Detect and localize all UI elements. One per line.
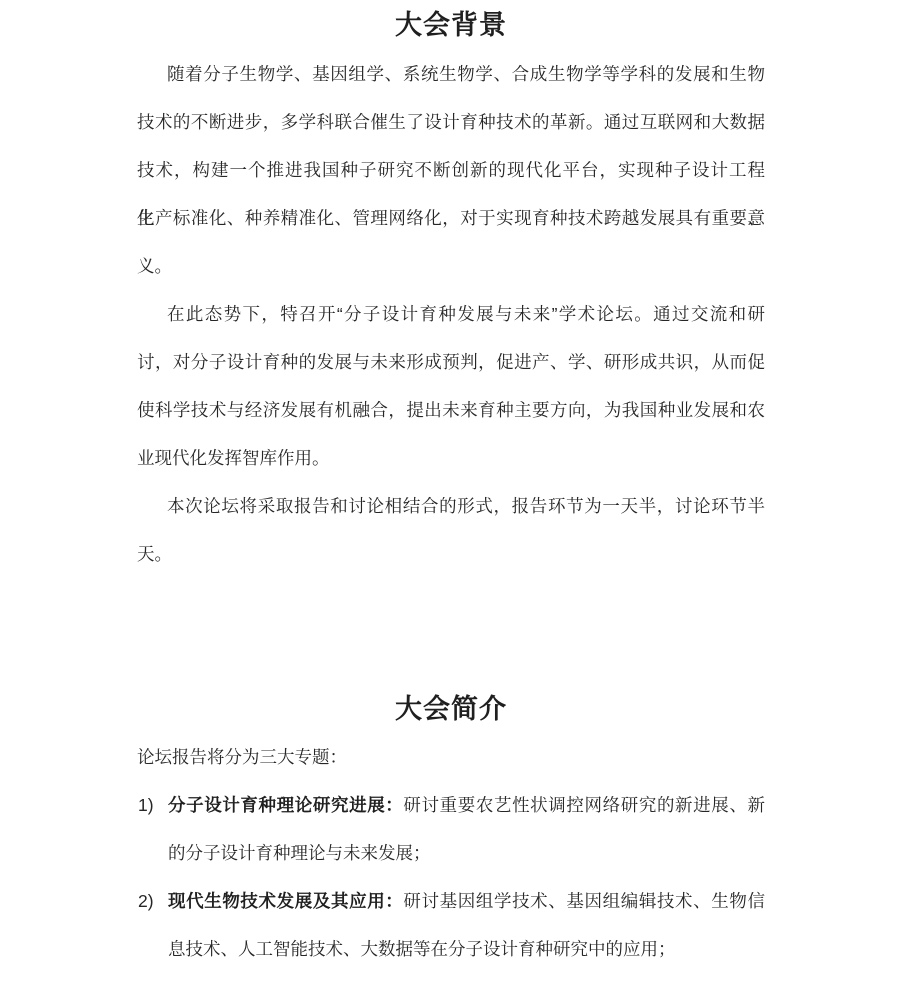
paragraph-line: 技术，构建一个推进我国种子研究不断创新的现代化平台，实现种子设计工程化、 (137, 146, 765, 194)
list-item-text: 研讨基因组学技术、基因组编辑技术、生物信 (403, 891, 765, 911)
list-item-line: 1)分子设计育种理论研究进展：研讨重要农艺性状调控网络研究的新进展、新 (137, 781, 765, 829)
paragraph-line: 随着分子生物学、基因组学、系统生物学、合成生物学等学科的发展和生物 (137, 50, 765, 98)
paragraph-line: 本次论坛将采取报告和讨论相结合的形式，报告环节为一天半，讨论环节半 (137, 482, 765, 530)
list-item-number: 1) (138, 781, 154, 829)
paragraph-line: 天。 (137, 530, 765, 578)
section-title-intro: 大会简介 (137, 685, 765, 733)
list-item-text: 研讨重要农艺性状调控网络研究的新进展、新 (403, 795, 765, 815)
paragraph-line: 技术的不断进步，多学科联合催生了设计育种技术的革新。通过互联网和大数据 (137, 98, 765, 146)
list-item-topic: 分子设计育种理论研究进展： (168, 795, 403, 815)
paragraph-line: 在此态势下，特召开“分子设计育种发展与未来”学术论坛。通过交流和研 (137, 290, 765, 338)
paragraph-line: 使科学技术与经济发展有机融合，提出未来育种主要方向，为我国种业发展和农 (137, 386, 765, 434)
paragraph-line: 业现代化发挥智库作用。 (137, 434, 765, 482)
list-item-line: 息技术、人工智能技术、大数据等在分子设计育种研究中的应用； (137, 925, 765, 973)
list-item-text: 息技术、人工智能技术、大数据等在分子设计育种研究中的应用； (168, 939, 676, 959)
intro-lead-line: 论坛报告将分为三大专题： (137, 733, 765, 781)
paragraph-line: 义。 (137, 242, 765, 290)
list-item-text: 的分子设计育种理论与未来发展； (168, 843, 431, 863)
paragraph-line: 生产标准化、种养精准化、管理网络化，对于实现育种技术跨越发展具有重要意 (137, 194, 765, 242)
section-title-background: 大会背景 (137, 0, 765, 50)
list-item-topic: 现代生物技术发展及其应用： (168, 891, 403, 911)
list-item-number: 2) (138, 877, 154, 925)
document-page: 大会背景 随着分子生物学、基因组学、系统生物学、合成生物学等学科的发展和生物 技… (137, 0, 765, 973)
list-item-line: 2)现代生物技术发展及其应用：研讨基因组学技术、基因组编辑技术、生物信 (137, 877, 765, 925)
paragraph-line: 讨，对分子设计育种的发展与未来形成预判，促进产、学、研形成共识，从而促 (137, 338, 765, 386)
list-item-line: 的分子设计育种理论与未来发展； (137, 829, 765, 877)
